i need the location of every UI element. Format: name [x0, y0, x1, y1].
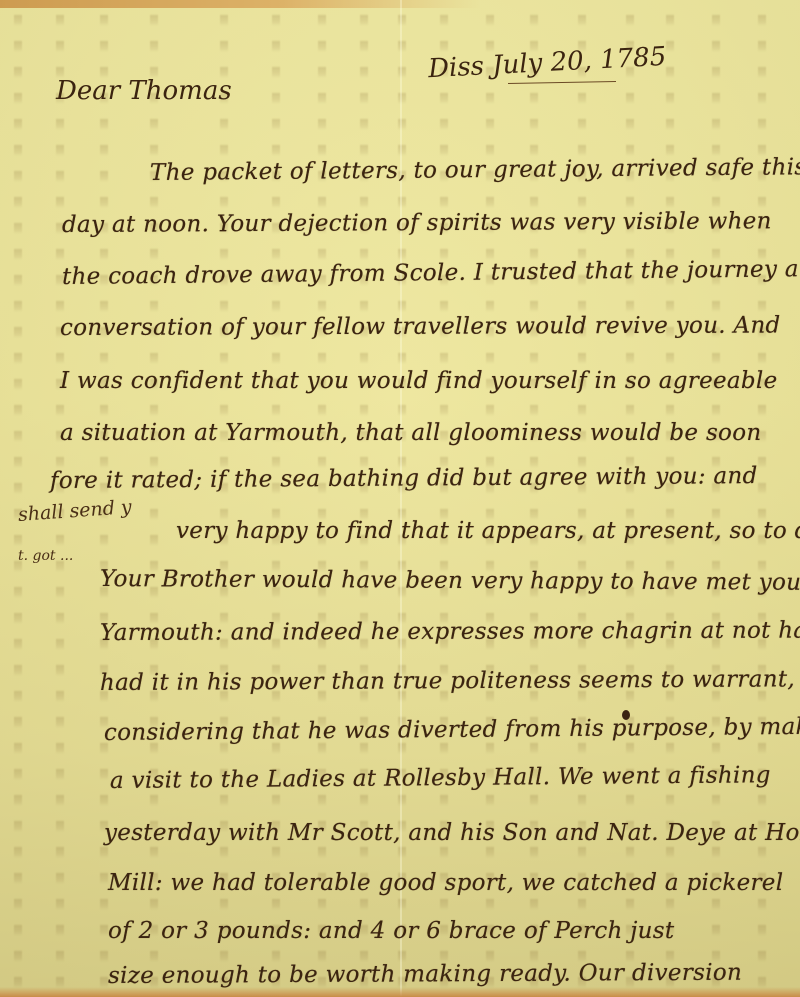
letter-line: a situation at Yarmouth, that all gloomi…: [60, 420, 761, 446]
letter-line: I was confident that you would find your…: [60, 368, 778, 394]
letter-line: considering that he was diverted from hi…: [104, 714, 800, 746]
letter-line: of 2 or 3 pounds: and 4 or 6 brace of Pe…: [108, 918, 674, 944]
letter-line: the coach drove away from Scole. I trust…: [62, 256, 800, 290]
bleed-through-ink: [360, 0, 368, 997]
letter-line: yesterday with Mr Scott, and his Son and…: [104, 820, 800, 846]
bleed-through-ink: [14, 0, 22, 997]
letter-line: Mill: we had tolerable good sport, we ca…: [108, 870, 783, 896]
bleed-through-ink: [150, 0, 158, 997]
bleed-through-ink: [758, 0, 766, 997]
letter-salutation: Dear Thomas: [56, 76, 232, 106]
bleed-through-ink: [626, 0, 634, 997]
letter-line: Your Brother would have been very happy …: [100, 566, 800, 596]
letter-line: The packet of letters, to our great joy,…: [150, 154, 800, 186]
margin-note: shall send y: [17, 496, 132, 526]
bleed-through-ink: [272, 0, 280, 997]
bleed-through-ink: [666, 0, 674, 997]
bleed-through-ink: [220, 0, 228, 997]
letter-line: fore it rated; if the sea bathing did bu…: [50, 463, 758, 494]
paper-fold: [400, 0, 402, 997]
bleed-through-ink: [440, 0, 448, 997]
letter-line: very happy to find that it appears, at p…: [176, 518, 800, 544]
letter-page: Diss July 20, 1785 Dear Thomas The packe…: [0, 0, 800, 997]
ink-blot: [622, 710, 630, 720]
bleed-through-ink: [712, 0, 720, 997]
bleed-through-ink: [318, 0, 326, 997]
letter-line: Yarmouth: and indeed he expresses more c…: [100, 617, 800, 646]
dateline-underline: [508, 81, 616, 84]
bleed-through-ink: [530, 0, 538, 997]
letter-line: day at noon. Your dejection of spirits w…: [62, 208, 772, 238]
bleed-through-ink: [486, 0, 494, 997]
bleed-through-ink: [578, 0, 586, 997]
letter-line: had it in his power than true politeness…: [100, 666, 795, 696]
bleed-through-ink: [56, 0, 64, 997]
margin-note: t. got ...: [18, 548, 73, 564]
letter-line: size enough to be worth making ready. Ou…: [108, 960, 742, 989]
paper-bottom-edge: [0, 987, 800, 997]
letter-line: conversation of your fellow travellers w…: [60, 312, 781, 341]
